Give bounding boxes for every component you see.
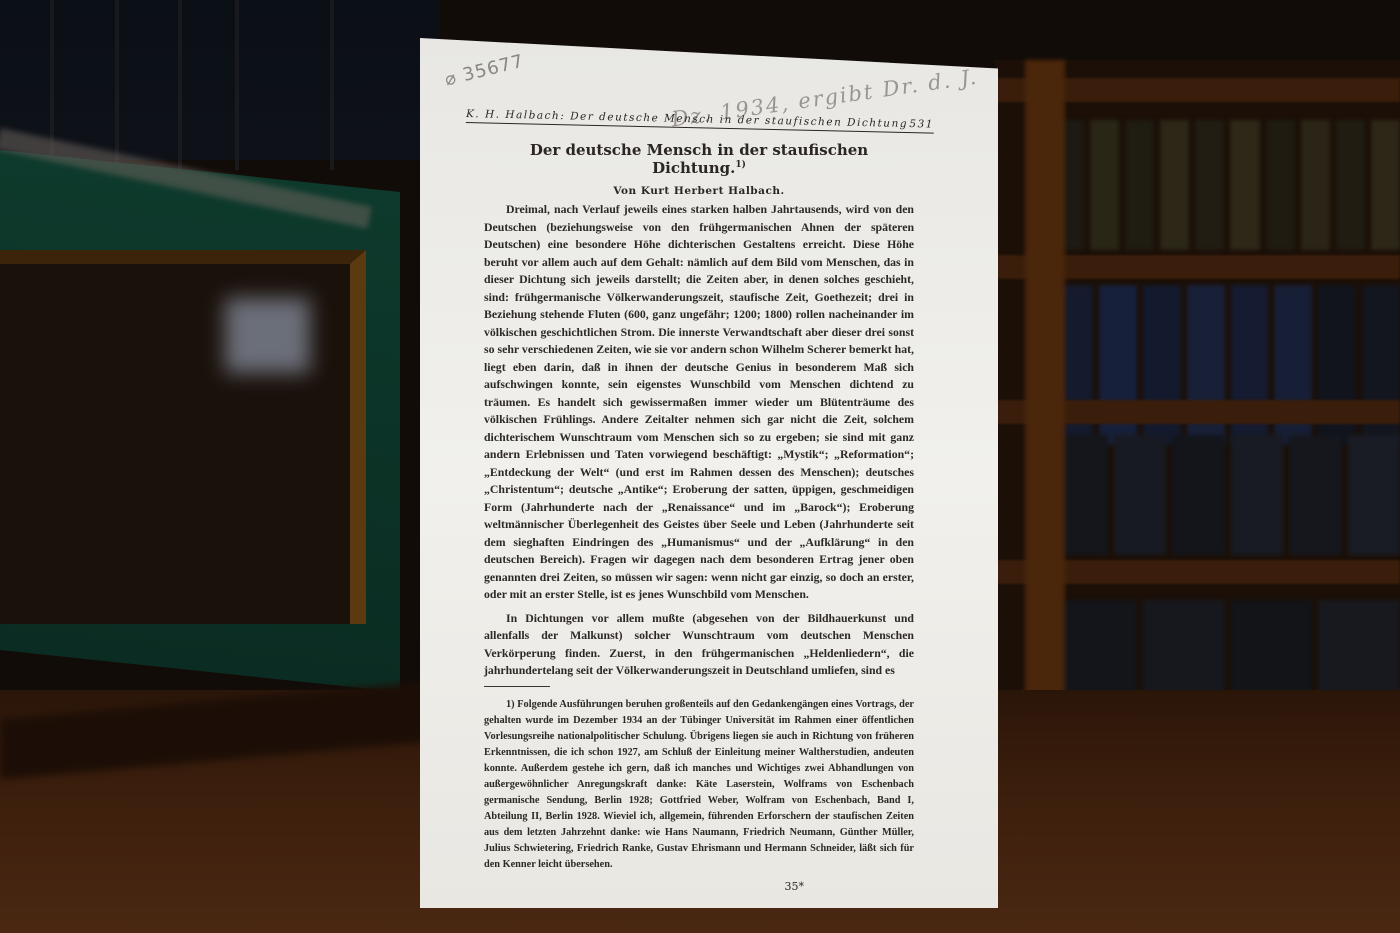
signature-mark: 35*: [484, 880, 804, 893]
paragraph: Dreimal, nach Verlauf jeweils eines star…: [484, 201, 914, 604]
author-byline: Von Kurt Herbert Halbach.: [484, 185, 914, 197]
footnote: 1) Folgende Ausführungen beruhen großent…: [484, 697, 914, 874]
article-title: Der deutsche Mensch in der staufischen D…: [484, 141, 914, 177]
window-mullion: [330, 0, 334, 170]
title-footnote-marker: 1): [735, 160, 746, 170]
background-window-grid: [0, 0, 440, 160]
article-title-text: Der deutsche Mensch in der staufischen D…: [530, 141, 868, 177]
footnote-divider: [484, 686, 550, 687]
page-number: 531: [909, 118, 934, 131]
cabinet-gilt-frame: [0, 250, 366, 624]
paragraph: In Dichtungen vor allem mußte (abgesehen…: [484, 610, 914, 680]
handwritten-catalog-number: ⌀ 35677: [443, 51, 527, 91]
body-text: Dreimal, nach Verlauf jeweils eines star…: [484, 201, 914, 680]
running-head-title: K. H. Halbach: Der deutsche Mensch in de…: [466, 108, 908, 130]
page-content: K. H. Halbach: Der deutsche Mensch in de…: [484, 108, 914, 893]
cabinet-light-reflection: [225, 298, 310, 373]
running-head: K. H. Halbach: Der deutsche Mensch in de…: [466, 108, 934, 134]
bookshelf-right: [995, 60, 1400, 700]
book-row: [1055, 600, 1400, 700]
window-mullion: [235, 0, 239, 170]
window-mullion: [178, 0, 182, 170]
book-row: [1055, 435, 1400, 555]
window-mullion: [115, 0, 119, 170]
shelf-post: [1025, 60, 1065, 700]
document-page: ⌀ 35677 Dz. 1934, ergibt Dr. d. J. K. H.…: [420, 38, 998, 908]
book-row: [1055, 120, 1400, 250]
